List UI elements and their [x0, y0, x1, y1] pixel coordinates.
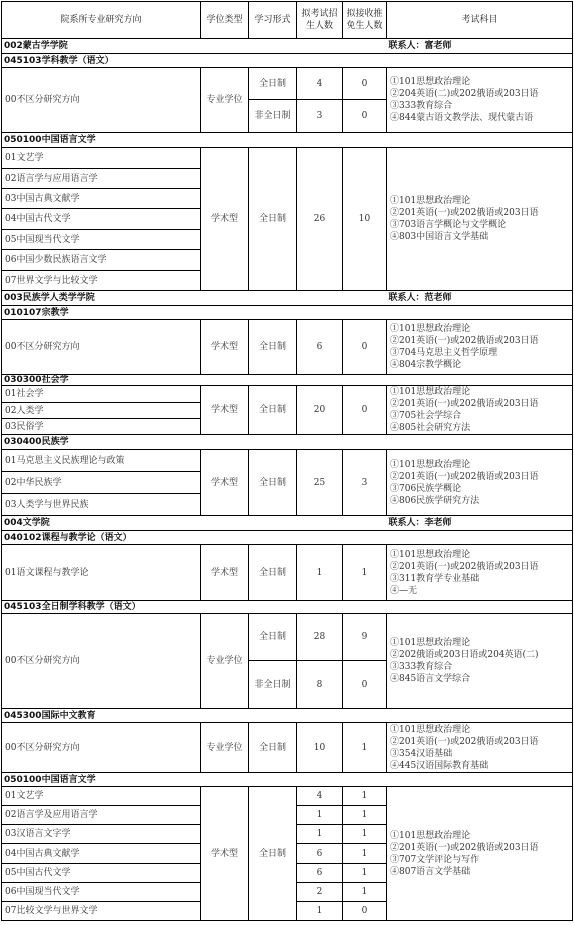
header-plan: 拟考试招生人数 — [297, 2, 343, 39]
degree-cell: 学术型 — [201, 787, 249, 921]
mode-cell: 全日制 — [249, 723, 297, 773]
degree-cell: 学术型 — [201, 545, 249, 601]
direction-cell: 03中国古典文献学 — [2, 189, 201, 209]
school-row: 002蒙古学学院 联系人：富老师 — [2, 39, 573, 54]
plan-cell: 20 — [297, 386, 343, 435]
direction-cell: 02语言学及应用语言学 — [2, 806, 201, 825]
mode-cell: 全日制 — [249, 320, 297, 375]
exempt-cell: 0 — [343, 386, 387, 435]
subjects-cell: ①101思想政治理论②201英语(一)或202俄语或203日语③703语言学概论… — [387, 148, 573, 291]
header-subjects: 考试科目 — [387, 2, 573, 39]
major-row: 045300国际中文教育 — [2, 709, 573, 723]
major-title: 050100中国语言文学 — [2, 133, 573, 148]
direction-cell: 00不区分研究方向 — [2, 68, 201, 133]
exempt-cell: 0 — [343, 902, 387, 921]
school-row: 004文学院 联系人：李老师 — [2, 516, 573, 531]
mode-cell: 全日制 — [249, 450, 297, 516]
direction-cell: 01文艺学 — [2, 787, 201, 806]
subjects-cell: ①101思想政治理论②201英语(一)或202俄语或203日语③354汉语基础④… — [387, 723, 573, 773]
direction-cell: 03人类学与世界民族 — [2, 494, 201, 516]
direction-cell: 07比较文学与世界文学 — [2, 902, 201, 921]
direction-cell: 06中国少数民族语言文学 — [2, 250, 201, 271]
subjects-cell: ①101思想政治理论②201英语(一)或202俄语或203日语③706民族学概论… — [387, 450, 573, 516]
mode-cell: 全日制 — [249, 545, 297, 601]
plan-cell: 1 — [297, 806, 343, 825]
mode-cell: 非全日制 — [249, 100, 297, 133]
exempt-cell: 3 — [343, 450, 387, 516]
plan-cell: 6 — [297, 320, 343, 375]
header-exempt: 拟接收推免生人数 — [343, 2, 387, 39]
major-row: 045103学科教学（语文） — [2, 54, 573, 68]
degree-cell: 专业学位 — [201, 723, 249, 773]
subjects-cell: ①101思想政治理论②201英语(一)或202俄语或203日语③705社会学综合… — [387, 386, 573, 435]
major-title: 040102课程与教学论（语文） — [2, 531, 573, 545]
exempt-cell: 10 — [343, 148, 387, 291]
mode-cell: 全日制 — [249, 614, 297, 661]
plan-cell: 2 — [297, 883, 343, 902]
plan-cell: 1 — [297, 902, 343, 921]
direction-cell: 04中国古典文献学 — [2, 844, 201, 864]
plan-cell: 3 — [297, 100, 343, 133]
plan-cell: 8 — [297, 661, 343, 709]
direction-cell: 04中国古代文学 — [2, 209, 201, 230]
plan-cell: 6 — [297, 864, 343, 883]
major-title: 030400民族学 — [2, 435, 573, 450]
degree-cell: 学术型 — [201, 450, 249, 516]
mode-cell: 非全日制 — [249, 661, 297, 709]
school-title: 003民族学人类学学院 — [2, 291, 387, 306]
exempt-cell: 0 — [343, 100, 387, 133]
major-row: 050100中国语言文学 — [2, 773, 573, 787]
major-title: 050100中国语言文学 — [2, 773, 573, 787]
exempt-cell: 1 — [343, 844, 387, 864]
table-header: 院系所专业研究方向 学位类型 学习形式 拟考试招生人数 拟接收推免生人数 考试科… — [2, 2, 573, 39]
major-row: 045103全日制学科教学（语文） — [2, 601, 573, 614]
direction-cell: 02中华民族学 — [2, 472, 201, 494]
exempt-cell: 1 — [343, 806, 387, 825]
table-row: 01文艺学 学术型 全日制 4 1 ①101思想政治理论②201英语(一)或20… — [2, 787, 573, 806]
subjects-cell: ①101思想政治理论②201英语(一)或202俄语或203日语③311教育学专业… — [387, 545, 573, 601]
table-row: 01马克思主义民族理论与政策 学术型 全日制 25 3 ①101思想政治理论②2… — [2, 450, 573, 472]
school-title: 002蒙古学学院 — [2, 39, 387, 54]
school-contact: 联系人：李老师 — [387, 516, 573, 531]
major-title: 030300社会学 — [2, 375, 573, 386]
direction-cell: 00不区分研究方向 — [2, 723, 201, 773]
header-degree: 学位类型 — [201, 2, 249, 39]
major-row: 010107宗教学 — [2, 306, 573, 320]
direction-cell: 02人类学 — [2, 403, 201, 419]
plan-cell: 1 — [297, 825, 343, 844]
degree-cell: 学术型 — [201, 386, 249, 435]
school-title: 004文学院 — [2, 516, 387, 531]
direction-cell: 07世界文学与比较文学 — [2, 271, 201, 291]
exempt-cell: 1 — [343, 825, 387, 844]
major-title: 045103全日制学科教学（语文） — [2, 601, 573, 614]
direction-cell: 05中国现当代文学 — [2, 230, 201, 250]
plan-cell: 4 — [297, 787, 343, 806]
direction-cell: 01社会学 — [2, 386, 201, 403]
degree-cell: 专业学位 — [201, 614, 249, 709]
plan-cell: 1 — [297, 545, 343, 601]
direction-cell: 02语言学与应用语言学 — [2, 169, 201, 189]
school-contact: 联系人：范老师 — [387, 291, 573, 306]
exempt-cell: 1 — [343, 545, 387, 601]
subjects-cell: ①101思想政治理论②204英语(二)或202俄语或203日语③333教育综合④… — [387, 68, 573, 133]
direction-cell: 01马克思主义民族理论与政策 — [2, 450, 201, 472]
table-row: 00不区分研究方向 专业学位 全日制 4 0 ①101思想政治理论②204英语(… — [2, 68, 573, 100]
admissions-table: 院系所专业研究方向 学位类型 学习形式 拟考试招生人数 拟接收推免生人数 考试科… — [1, 1, 573, 921]
plan-cell: 25 — [297, 450, 343, 516]
major-title: 010107宗教学 — [2, 306, 573, 320]
direction-cell: 00不区分研究方向 — [2, 320, 201, 375]
direction-cell: 03汉语言文字学 — [2, 825, 201, 844]
subjects-cell: ①101思想政治理论②201英语(一)或202俄语或203日语③704马克思主义… — [387, 320, 573, 375]
plan-cell: 6 — [297, 844, 343, 864]
table-row: 00不区分研究方向 专业学位 全日制 10 1 ①101思想政治理论②201英语… — [2, 723, 573, 773]
mode-cell: 全日制 — [249, 148, 297, 291]
exempt-cell: 9 — [343, 614, 387, 661]
major-row: 050100中国语言文学 — [2, 133, 573, 148]
direction-cell: 06中国现当代文学 — [2, 883, 201, 902]
degree-cell: 学术型 — [201, 148, 249, 291]
mode-cell: 全日制 — [249, 68, 297, 100]
major-title: 045103学科教学（语文） — [2, 54, 573, 68]
mode-cell: 全日制 — [249, 386, 297, 435]
direction-cell: 03民俗学 — [2, 419, 201, 435]
plan-cell: 28 — [297, 614, 343, 661]
header-direction: 院系所专业研究方向 — [2, 2, 201, 39]
degree-cell: 专业学位 — [201, 68, 249, 133]
plan-cell: 4 — [297, 68, 343, 100]
table-row: 01文艺学 学术型 全日制 26 10 ①101思想政治理论②201英语(一)或… — [2, 148, 573, 169]
school-contact: 联系人：富老师 — [387, 39, 573, 54]
exempt-cell: 1 — [343, 864, 387, 883]
table-row: 01社会学 学术型 全日制 20 0 ①101思想政治理论②201英语(一)或2… — [2, 386, 573, 403]
degree-cell: 学术型 — [201, 320, 249, 375]
exempt-cell: 0 — [343, 661, 387, 709]
exempt-cell: 0 — [343, 68, 387, 100]
direction-cell: 05中国古代文学 — [2, 864, 201, 883]
mode-cell: 全日制 — [249, 787, 297, 921]
major-row: 040102课程与教学论（语文） — [2, 531, 573, 545]
exempt-cell: 1 — [343, 723, 387, 773]
header-mode: 学习形式 — [249, 2, 297, 39]
direction-cell: 01文艺学 — [2, 148, 201, 169]
major-title: 045300国际中文教育 — [2, 709, 573, 723]
subjects-cell: ①101思想政治理论②202俄语或203日语或204英语(二)③333教育综合④… — [387, 614, 573, 709]
table-row: 00不区分研究方向 学术型 全日制 6 0 ①101思想政治理论②201英语(一… — [2, 320, 573, 375]
table-row: 00不区分研究方向 专业学位 全日制 28 9 ①101思想政治理论②202俄语… — [2, 614, 573, 661]
major-row: 030300社会学 — [2, 375, 573, 386]
table-row: 01语文课程与教学论 学术型 全日制 1 1 ①101思想政治理论②201英语(… — [2, 545, 573, 601]
exempt-cell: 0 — [343, 320, 387, 375]
school-row: 003民族学人类学学院 联系人：范老师 — [2, 291, 573, 306]
exempt-cell: 1 — [343, 883, 387, 902]
exempt-cell: 1 — [343, 787, 387, 806]
plan-cell: 10 — [297, 723, 343, 773]
major-row: 030400民族学 — [2, 435, 573, 450]
subjects-cell: ①101思想政治理论②201英语(一)或202俄语或203日语③707文学评论与… — [387, 787, 573, 921]
direction-cell: 00不区分研究方向 — [2, 614, 201, 709]
plan-cell: 26 — [297, 148, 343, 291]
direction-cell: 01语文课程与教学论 — [2, 545, 201, 601]
